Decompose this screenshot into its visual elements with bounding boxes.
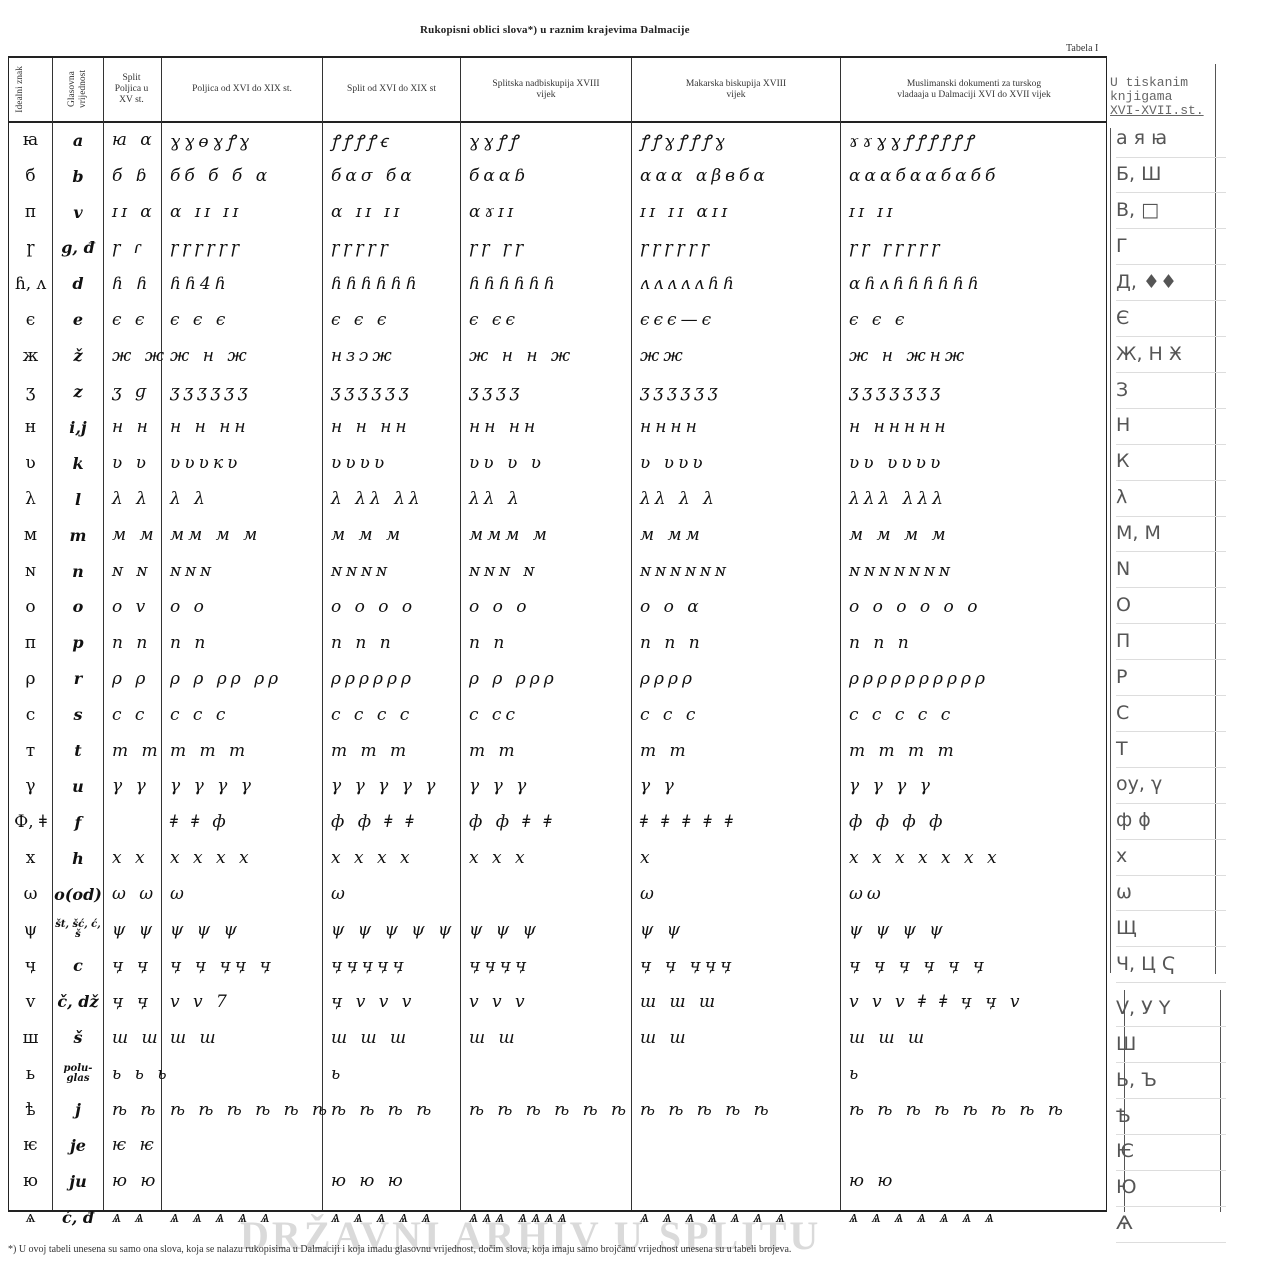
split-poljica-xv-samples: т т [104, 732, 169, 769]
split-samples: о о о о [323, 589, 468, 626]
ideal-sign: н [9, 409, 52, 446]
split-poljica-xv-samples: ӌ ӌ [104, 984, 169, 1021]
ideal-sign: γ [9, 768, 52, 805]
printed-form: Т [1116, 730, 1226, 768]
split-poljica-xv-samples: ѥ ѥ [104, 1127, 169, 1164]
split-samples: т т т [323, 732, 468, 769]
nadbiskupija-samples: є єє [461, 302, 639, 339]
poljica-samples: v v 7 [162, 984, 330, 1021]
poljica-samples: ɼɼɼɼɼɼ [162, 230, 330, 267]
ideal-sign: ω [9, 876, 52, 913]
nadbiskupija-samples: ρ ρ ρρρ [461, 661, 639, 698]
phonetic-value: č, dž [53, 984, 103, 1021]
makarska-samples: λλ λ λ [632, 481, 848, 518]
table-row: шšш шш шш ш шш шш шш ш ш [9, 1020, 1106, 1057]
phonetic-value: r [53, 661, 103, 698]
muslimanski-samples: ӌ ӌ ӌ ӌ ӌ ӌ [841, 948, 1115, 985]
muslimanski-samples: ɑɦʌɦɦɦɦɦɦ [841, 266, 1115, 303]
nadbiskupija-samples: ɼɼ ɼɼ [461, 230, 639, 267]
poljica-samples: ɑ ɪɪ ɪɪ [162, 194, 330, 231]
printed-form: Р [1116, 659, 1226, 697]
poljica-samples: ѣ ѣ ѣ ѣ ѣ ѣ [162, 1091, 330, 1128]
split-poljica-xv-samples: б ɓ [104, 158, 169, 195]
nadbiskupija-samples: ʋʋ ʋ ʋ [461, 445, 639, 482]
split-poljica-xv-samples: ψ ψ [104, 912, 169, 949]
table-row: ʒzʒ ɡʒʒʒʒʒʒʒʒʒʒʒʒʒʒʒʒʒʒʒʒʒʒʒʒʒʒʒʒʒ [9, 373, 1106, 410]
phonetic-value: f [53, 804, 103, 841]
table-row: ѣjѣ ѣѣ ѣ ѣ ѣ ѣ ѣѣ ѣ ѣ ѣѣ ѣ ѣ ѣ ѣ ѣѣ ѣ ѣ … [9, 1091, 1106, 1128]
split-samples: ʋʋʋʋ [323, 445, 468, 482]
printed-form: Б, Ш [1116, 156, 1226, 194]
muslimanski-samples: ʋʋ ʋʋʋʋ [841, 445, 1115, 482]
table-row: юjuю юю ю юю ю [9, 1163, 1106, 1200]
phonetic-value: a [53, 122, 103, 159]
makarska-samples: нннн [632, 409, 848, 446]
poljica-samples: н н нн [162, 409, 330, 446]
nadbiskupija-samples: ф ф ǂ ǂ [461, 804, 639, 841]
printed-form: ω [1116, 874, 1226, 912]
muslimanski-samples: ѣ ѣ ѣ ѣ ѣ ѣ ѣ ѣ [841, 1091, 1115, 1128]
muslimanski-samples: ɪɪ ɪɪ [841, 194, 1115, 231]
nadbiskupija-samples [461, 876, 639, 913]
footnote: *) U ovoj tabeli unesena su samo ona slo… [8, 1244, 791, 1255]
poljica-samples: о о [162, 589, 330, 626]
split-poljica-xv-samples: є є [104, 302, 169, 339]
makarska-samples: ѣ ѣ ѣ ѣ ѣ [632, 1091, 848, 1128]
makarska-samples: ꝭꝭɣꝭꝭꝭɣ [632, 122, 848, 159]
ideal-sign: Ф, ǂ [9, 804, 52, 841]
poljica-samples: х х х х [162, 840, 330, 877]
header-split-poljica-xv: Split Poljica u XV st. [104, 58, 159, 121]
table-row: λlλ λλ λλ λλ λλλλ λλλ λ λλλλ λλλ [9, 481, 1106, 518]
table-row: пvɪɪ ɑɑ ɪɪ ɪɪɑ ɪɪ ɪɪɑɤɪɪɪɪ ɪɪ ɑɪɪɪɪ ɪɪ [9, 194, 1106, 231]
muslimanski-samples: γ γ γ γ [841, 768, 1115, 805]
nadbiskupija-samples: с сс [461, 696, 639, 733]
document-title: Rukopisni oblici slova*) u raznim krajev… [420, 24, 690, 36]
table-row: ʋkʋ ʋʋʋʋкʋʋʋʋʋʋʋ ʋ ʋʋ ʋʋʋʋʋ ʋʋʋʋ [9, 445, 1106, 482]
printed-form: Н [1116, 407, 1226, 445]
makarska-samples: ш ш [632, 1020, 848, 1057]
ideal-sign: ɦ, ʌ [9, 266, 52, 303]
split-poljica-xv-samples: ɴ ɴ [104, 553, 169, 590]
printed-form: Д, ♦♦ [1116, 264, 1226, 302]
table-row: ρrρ ρρ ρ ρρ ρρρρρρρρρ ρ ρρρρρρρρρρρρρρρρ… [9, 661, 1106, 698]
muslimanski-samples: х х х х х х х [841, 840, 1115, 877]
split-samples [323, 1127, 468, 1164]
nadbiskupija-samples: ɑɤɪɪ [461, 194, 639, 231]
makarska-samples [632, 1127, 848, 1164]
table-row: vč, džӌ ӌv v 7ӌ v v vv v vɯ ɯ ɯv v v ǂ ǂ… [9, 984, 1106, 1021]
ideal-sign: ʒ [9, 373, 52, 410]
header-ideal: Idealni znak [9, 58, 31, 121]
muslimanski-samples: ρρρρρρρρρρ [841, 661, 1115, 698]
muslimanski-samples: λλλ λλλ [841, 481, 1115, 518]
printed-form: a я ꙗ [1116, 120, 1226, 158]
nadbiskupija-samples [461, 1055, 639, 1092]
makarska-samples: ρρρρ [632, 661, 848, 698]
table-row: ɼg, đɼ ɾɼɼɼɼɼɼɼɼɼɼɼɼɼ ɼɼɼɼɼɼɼɼɼɼ ɼɼɼɼɼ [9, 230, 1106, 267]
split-samples: ω [323, 876, 468, 913]
phonetic-value: o [53, 589, 103, 626]
phonetic-value: s [53, 696, 103, 733]
muslimanski-samples: ψ ψ ψ ψ [841, 912, 1115, 949]
split-samples: ю ю ю [323, 1163, 468, 1200]
split-samples: н н нн [323, 409, 468, 446]
printed-form: С [1116, 694, 1226, 732]
phonetic-value: j [53, 1091, 103, 1128]
table-row: нi,jн нн н ннн н нннн ннннннн ннннн [9, 409, 1106, 446]
table-row: ӌcӌ ӌӌ ӌ ӌӌ ӌӌӌӌӌӌӌӌӌӌӌ ӌ ӌӌӌӌ ӌ ӌ ӌ ӌ ӌ [9, 948, 1106, 985]
letterform-table: Idealni znak Glasovna vrijednost Split P… [8, 56, 1107, 1212]
muslimanski-samples: н ннннн [841, 409, 1115, 446]
table-row: Ф, ǂfǂ ǂ фф ф ǂ ǂф ф ǂ ǂǂ ǂ ǂ ǂ ǂф ф ф ф [9, 804, 1106, 841]
printed-form: N [1116, 551, 1226, 589]
makarska-samples: ω [632, 876, 848, 913]
ideal-sign: х [9, 840, 52, 877]
split-poljica-xv-samples: ʋ ʋ [104, 445, 169, 482]
poljica-samples: ɴɴɴ [162, 553, 330, 590]
split-samples: ꝭꝭꝭꝭꞓ [323, 122, 468, 159]
ideal-sign: ѥ [9, 1127, 52, 1164]
phonetic-value: ž [53, 337, 103, 374]
nadbiskupija-samples: ш ш [461, 1020, 639, 1057]
table-row: γuγ γγ γ γ γγ γ γ γ γγ γ γγ γγ γ γ γ [9, 768, 1106, 805]
poljica-samples: γ γ γ γ [162, 768, 330, 805]
table-row: ѥjeѥ ѥ [9, 1127, 1106, 1164]
phonetic-value: d [53, 266, 103, 303]
nadbiskupija-samples [461, 1163, 639, 1200]
poljica-samples: ж н ж [162, 337, 330, 374]
printed-form: Ѧ [1116, 1205, 1226, 1243]
split-poljica-xv-samples: ɪɪ ɑ [104, 194, 169, 231]
table-row: ωo(od)ω ωωωωωω [9, 876, 1106, 913]
poljica-samples [162, 1127, 330, 1164]
makarska-samples: о о ɑ [632, 589, 848, 626]
makarska-samples: т т [632, 732, 848, 769]
table-row: ɦ, ʌdɦ ɦɦɦ4ɦɦɦɦɦɦɦɦɦɦɦɦɦʌʌʌʌʌɦɦɑɦʌɦɦɦɦɦɦ [9, 266, 1106, 303]
nadbiskupija-samples: бɑɑɓ [461, 158, 639, 195]
ideal-sign: ρ [9, 661, 52, 698]
makarska-samples: ʒʒʒʒʒʒ [632, 373, 848, 410]
split-poljica-xv-samples: х х [104, 840, 169, 877]
printed-form: З [1116, 371, 1226, 409]
printed-form: Ч, Ц Ҁ [1116, 946, 1226, 984]
phonetic-value: p [53, 625, 103, 662]
makarska-samples: ɪɪ ɪɪ ɑɪɪ [632, 194, 848, 231]
split-poljica-xv-samples: ь ь ь [104, 1055, 169, 1092]
poljica-samples: ǂ ǂ ф [162, 804, 330, 841]
ideal-sign: є [9, 302, 52, 339]
ideal-sign: ɼ [9, 230, 52, 267]
poljica-samples: ɣɣɵɣꝭɣ [162, 122, 330, 159]
split-samples: є є є [323, 302, 468, 339]
ideal-sign: ж [9, 337, 52, 374]
ideal-sign: б [9, 158, 52, 195]
split-poljica-xv-samples: ꙗ ɑ [104, 122, 169, 159]
nadbiskupija-samples: о о о [461, 589, 639, 626]
phonetic-value: ć, đ [53, 1199, 103, 1236]
poljica-samples: бб б б ɑ [162, 158, 330, 195]
nadbiskupija-samples: ʒʒʒʒ [461, 373, 639, 410]
split-poljica-xv-samples: с с [104, 696, 169, 733]
makarska-samples: γ γ [632, 768, 848, 805]
poljica-samples: ψ ψ ψ [162, 912, 330, 949]
split-samples: ѣ ѣ ѣ ѣ [323, 1091, 468, 1128]
split-poljica-xv-samples [104, 804, 169, 841]
ideal-sign: п [9, 625, 52, 662]
nadbiskupija-samples: х х х [461, 840, 639, 877]
phonetic-value: u [53, 768, 103, 805]
ideal-sign: т [9, 732, 52, 769]
table-row: оoо vо оо о о оо о оо о ɑо о о о о о [9, 589, 1106, 626]
ideal-sign: ѣ [9, 1091, 52, 1128]
printed-form: λ [1116, 479, 1226, 517]
split-poljica-xv-samples: п п [104, 625, 169, 662]
ideal-sign: о [9, 589, 52, 626]
split-poljica-xv-samples: н н [104, 409, 169, 446]
split-poljica-xv-samples: ш ш [104, 1020, 169, 1057]
nadbiskupija-samples [461, 1127, 639, 1164]
poljica-samples: п п [162, 625, 330, 662]
header-phonetic: Glasovna vrijednost [53, 58, 103, 121]
makarska-samples: с с с [632, 696, 848, 733]
nadbiskupija-samples: λλ λ [461, 481, 639, 518]
makarska-samples: п п п [632, 625, 848, 662]
split-samples: п п п [323, 625, 468, 662]
ideal-sign: ꙗ [9, 122, 52, 159]
table-row: пpп пп пп п пп пп п пп п п [9, 625, 1106, 662]
printed-form: Ж, Н Ӿ [1116, 335, 1226, 373]
muslimanski-samples [841, 1127, 1115, 1164]
ideal-sign: ь [9, 1055, 52, 1092]
phonetic-value: b [53, 158, 103, 195]
phonetic-value: o(od) [53, 876, 103, 913]
split-poljica-xv-samples: ɼ ɾ [104, 230, 169, 267]
table-row: сsс сс с сс с с сс ссс с сс с с с с [9, 696, 1106, 733]
poljica-samples: λ λ [162, 481, 330, 518]
muslimanski-samples: ь [841, 1055, 1115, 1092]
split-poljica-xv-samples: ʒ ɡ [104, 373, 169, 410]
ideal-sign: ʋ [9, 445, 52, 482]
split-samples: ɦɦɦɦɦɦ [323, 266, 468, 303]
makarska-samples: ʌʌʌʌʌɦɦ [632, 266, 848, 303]
header-nadbiskupija: Splitska nadbiskupija XVIII vijek [461, 58, 631, 121]
makarska-samples: м мм [632, 517, 848, 554]
poljica-samples: ш ш [162, 1020, 330, 1057]
muslimanski-samples: ɴɴɴɴɴɴɴ [841, 553, 1115, 590]
split-poljica-xv-samples: λ λ [104, 481, 169, 518]
muslimanski-samples: м м м м [841, 517, 1115, 554]
ideal-sign: λ [9, 481, 52, 518]
muslimanski-samples: ж н жнж [841, 337, 1115, 374]
phonetic-value: c [53, 948, 103, 985]
makarska-samples: ʋ ʋʋʋ [632, 445, 848, 482]
nadbiskupija-samples: ɴɴɴ ɴ [461, 553, 639, 590]
ideal-sign: ю [9, 1163, 52, 1200]
split-samples: с с с с [323, 696, 468, 733]
split-poljica-xv-samples: ж ж [104, 337, 169, 374]
makarska-samples: єєє—є [632, 302, 848, 339]
split-samples: ь [323, 1055, 468, 1092]
muslimanski-samples: ωω [841, 876, 1115, 913]
phonetic-value: je [53, 1127, 103, 1164]
split-poljica-xv-samples: ρ ρ [104, 661, 169, 698]
makarska-samples: жж [632, 337, 848, 374]
makarska-samples: ǂ ǂ ǂ ǂ ǂ [632, 804, 848, 841]
nadbiskupija-samples: ммм м [461, 517, 639, 554]
split-samples: λ λλ λλ [323, 481, 468, 518]
printed-form: Ю [1116, 1169, 1226, 1207]
printed-form: О [1116, 587, 1226, 625]
printed-form: М, М [1116, 515, 1226, 553]
phonetic-value: t [53, 732, 103, 769]
split-samples: бɑσ бɑ [323, 158, 468, 195]
ideal-sign: ɴ [9, 553, 52, 590]
nadbiskupija-samples: ɦɦɦɦɦɦ [461, 266, 639, 303]
printed-form: V, У Y [1116, 990, 1226, 1028]
printed-form: К [1116, 443, 1226, 481]
ideal-sign: м [9, 517, 52, 554]
split-poljica-xv-samples: ю ю [104, 1163, 169, 1200]
split-poljica-xv-samples: γ γ [104, 768, 169, 805]
header-split: Split od XVI do XIX st [323, 58, 460, 121]
printed-form: Ш [1116, 1026, 1226, 1064]
header-poljica: Poljica od XVI do XIX st. [162, 58, 322, 121]
nadbiskupija-samples: нн нн [461, 409, 639, 446]
phonetic-value: polu-glas [53, 1055, 103, 1092]
printed-form: оу, γ [1116, 766, 1226, 804]
split-samples: м м м [323, 517, 468, 554]
nadbiskupija-samples: γ γ γ [461, 768, 639, 805]
table-row: жžж жж н жнɜɔжж н н жжжж н жнж [9, 337, 1106, 374]
table-label: Tabela I [1066, 43, 1098, 54]
muslimanski-samples: ю ю [841, 1163, 1115, 1200]
muslimanski-samples: ɼɼ ɼɼɼɼɼ [841, 230, 1115, 267]
makarska-samples: х [632, 840, 848, 877]
split-samples: ɴɴɴɴ [323, 553, 468, 590]
muslimanski-samples: ш ш ш [841, 1020, 1115, 1057]
makarska-samples [632, 1163, 848, 1200]
makarska-samples: ӌ ӌ ӌӌӌ [632, 948, 848, 985]
muslimanski-samples: v v v ǂ ǂ ӌ ӌ v [841, 984, 1115, 1021]
poljica-samples: є є є [162, 302, 330, 339]
table-row: мmм ммм м мм м мммм мм ммм м м м [9, 517, 1106, 554]
poljica-samples: с с с [162, 696, 330, 733]
makarska-samples: ɑɑɑ ɑβвбɑ [632, 158, 848, 195]
table-row: ψšt, šć, ć, šψ ψψ ψ ψψ ψ ψ ψ ψψ ψ ψψ ψψ … [9, 912, 1106, 949]
phonetic-value: št, šć, ć, š [53, 912, 103, 949]
phonetic-value: i,j [53, 409, 103, 446]
printed-form: П [1116, 623, 1226, 661]
nadbiskupija-samples: ӌӌӌӌ [461, 948, 639, 985]
muslimanski-samples: є є є [841, 302, 1115, 339]
muslimanski-samples: ф ф ф ф [841, 804, 1115, 841]
split-samples: ɼɼɼɼɼ [323, 230, 468, 267]
muslimanski-samples: ɤɤɣɣꝭꝭꝭꝭꝭꝭ [841, 122, 1115, 159]
ideal-sign: ѧ [9, 1199, 52, 1236]
table-row: хhх хх х х хх х х хх х ххх х х х х х х [9, 840, 1106, 877]
split-samples: нɜɔж [323, 337, 468, 374]
printed-column-border [1110, 128, 1111, 973]
split-samples: ɑ ɪɪ ɪɪ [323, 194, 468, 231]
muslimanski-samples: о о о о о о [841, 589, 1115, 626]
poljica-samples [162, 1163, 330, 1200]
muslimanski-samples: с с с с с [841, 696, 1115, 733]
split-samples: ρρρρρρ [323, 661, 468, 698]
printed-form: Є [1116, 300, 1226, 338]
phonetic-value: k [53, 445, 103, 482]
poljica-samples: ρ ρ ρρ ρρ [162, 661, 330, 698]
phonetic-value: e [53, 302, 103, 339]
printed-form: Ѥ [1116, 1133, 1226, 1171]
makarska-samples: ɼɼɼɼɼɼ [632, 230, 848, 267]
table-row: ɴnɴ ɴɴɴɴɴɴɴɴɴɴɴ ɴɴɴɴɴɴɴɴɴɴɴɴɴɴ [9, 553, 1106, 590]
muslimanski-samples: ɑɑɑбɑɑбɑбб [841, 158, 1115, 195]
phonetic-value: m [53, 517, 103, 554]
poljica-samples: ɦɦ4ɦ [162, 266, 330, 303]
poljica-samples: ω [162, 876, 330, 913]
nadbiskupija-samples: т т [461, 732, 639, 769]
printed-form: х [1116, 838, 1226, 876]
split-poljica-xv-samples: ӌ ӌ [104, 948, 169, 985]
split-samples: ӌӌӌӌӌ [323, 948, 468, 985]
split-samples: ӌ v v v [323, 984, 468, 1021]
nadbiskupija-samples: ɣɣꝭꝭ [461, 122, 639, 159]
phonetic-value: h [53, 840, 103, 877]
split-poljica-xv-samples: ω ω [104, 876, 169, 913]
poljica-samples: ʋʋʋкʋ [162, 445, 330, 482]
nadbiskupija-samples: v v v [461, 984, 639, 1021]
printed-form: В, □ [1116, 192, 1226, 230]
ideal-sign: п [9, 194, 52, 231]
table-row: ꙗaꙗ ɑɣɣɵɣꝭɣꝭꝭꝭꝭꞓɣɣꝭꝭꝭꝭɣꝭꝭꝭɣɤɤɣɣꝭꝭꝭꝭꝭꝭ [9, 122, 1106, 159]
table-row: єeє єє є єє є єє єєєєє—єє є є [9, 302, 1106, 339]
muslimanski-samples: ѧ ѧ ѧ ѧ ѧ ѧ ѧ [841, 1199, 1115, 1236]
makarska-samples: ɴɴɴɴɴɴ [632, 553, 848, 590]
phonetic-value: n [53, 553, 103, 590]
split-samples: х х х х [323, 840, 468, 877]
ideal-sign: ψ [9, 912, 52, 949]
nadbiskupija-samples: ѣ ѣ ѣ ѣ ѣ ѣ [461, 1091, 639, 1128]
split-samples: ш ш ш [323, 1020, 468, 1057]
printed-form: ф ɸ [1116, 802, 1226, 840]
split-samples: γ γ γ γ γ [323, 768, 468, 805]
printed-books-header: U tiskanim knjigama XVI-XVII.st. [1110, 76, 1204, 118]
phonetic-value: š [53, 1020, 103, 1057]
table-row: ьpolu-glasь ь ььь [9, 1055, 1106, 1092]
muslimanski-samples: т т т т [841, 732, 1115, 769]
split-samples: ф ф ǂ ǂ [323, 804, 468, 841]
split-poljica-xv-samples: ѧ ѧ [104, 1199, 169, 1236]
printed-form: Ь, Ъ [1116, 1061, 1226, 1099]
split-poljica-xv-samples: ɦ ɦ [104, 266, 169, 303]
table-row: бbб ɓбб б б ɑбɑσ бɑбɑɑɓɑɑɑ ɑβвбɑɑɑɑбɑɑбɑ… [9, 158, 1106, 195]
nadbiskupija-samples: п п [461, 625, 639, 662]
printed-form: Ѣ [1116, 1097, 1226, 1135]
poljica-samples [162, 1055, 330, 1092]
ideal-sign: ӌ [9, 948, 52, 985]
poljica-samples: ʒʒʒʒʒʒ [162, 373, 330, 410]
header-muslimanski: Muslimanski dokumenti za turskog vladaaj… [841, 58, 1107, 121]
nadbiskupija-samples: ж н н ж [461, 337, 639, 374]
phonetic-value: l [53, 481, 103, 518]
split-poljica-xv-samples: ѣ ѣ [104, 1091, 169, 1128]
ideal-sign: ш [9, 1020, 52, 1057]
phonetic-value: z [53, 373, 103, 410]
header-makarska: Makarska biskupija XVIII vijek [632, 58, 840, 121]
phonetic-value: g, đ [53, 230, 103, 267]
muslimanski-samples: п п п [841, 625, 1115, 662]
